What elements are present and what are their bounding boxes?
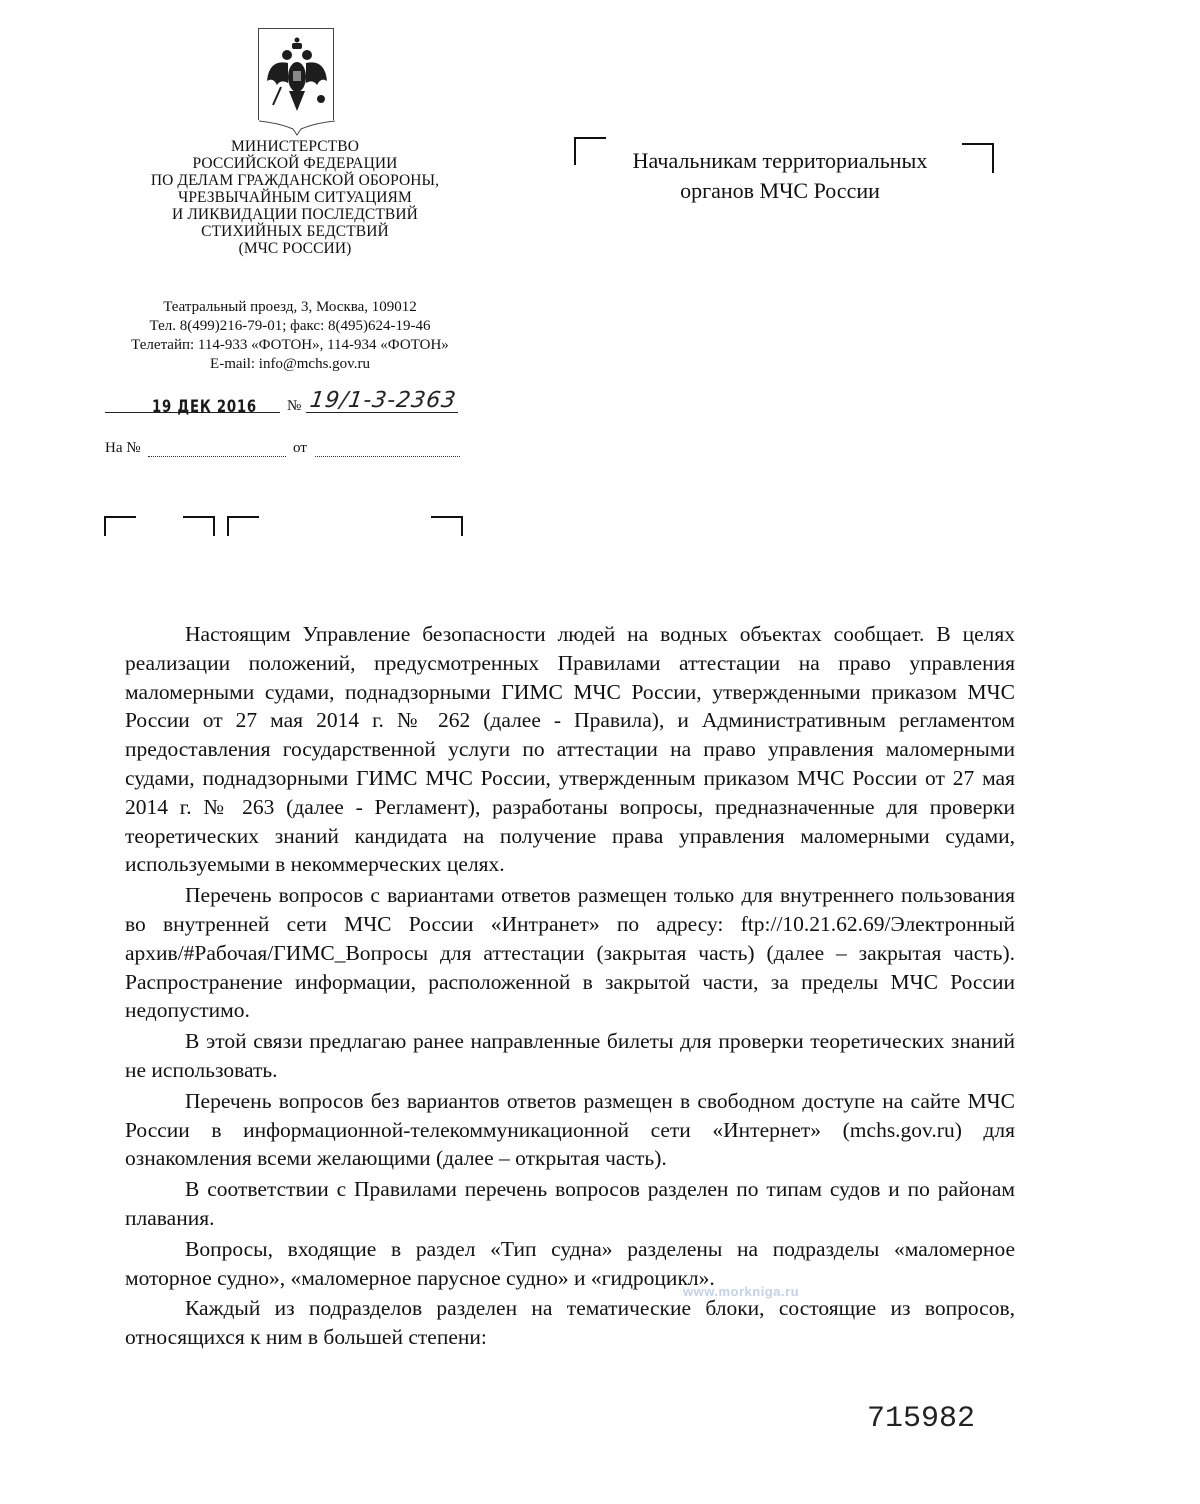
body-paragraph: Перечень вопросов без вариантов ответов … — [125, 1087, 1015, 1173]
from-label: от — [293, 440, 307, 457]
bracket-top-right — [431, 516, 463, 536]
serial-number: 715982 — [867, 1402, 975, 1436]
watermark: www.morkniga.ru — [683, 1284, 799, 1299]
double-headed-eagle-icon — [259, 29, 335, 141]
body-paragraph: Каждый из подразделов разделен на темати… — [125, 1294, 1015, 1352]
bracket-top-left — [227, 516, 259, 536]
ministry-line: (МЧС РОССИИ) — [110, 240, 480, 257]
addressee-line: органов МЧС России — [600, 176, 960, 206]
ministry-contacts: Театральный проезд, 3, Москва, 109012 Те… — [95, 298, 485, 374]
reply-to-field — [148, 442, 286, 457]
date-stamp: 19 ДЕК 2016 — [152, 397, 257, 417]
body-paragraph: Перечень вопросов с вариантами ответов р… — [125, 881, 1015, 1025]
bracket-top-left — [104, 516, 136, 536]
ministry-line: И ЛИКВИДАЦИИ ПОСЛЕДСТВИЙ — [110, 206, 480, 223]
letter-body: Настоящим Управление безопасности людей … — [125, 620, 1015, 1352]
number-label: № — [287, 398, 301, 415]
ministry-line: ЧРЕЗВЫЧАЙНЫМ СИТУАЦИЯМ — [110, 189, 480, 206]
address: Театральный проезд, 3, Москва, 109012 — [95, 298, 485, 317]
body-paragraph: Настоящим Управление безопасности людей … — [125, 620, 1015, 879]
addressee-bracket-right — [962, 143, 994, 173]
bracket-top-right — [183, 516, 215, 536]
coat-of-arms-emblem — [258, 28, 334, 120]
teletype: Телетайп: 114-933 «ФОТОН», 114-934 «ФОТО… — [95, 336, 485, 355]
email: E-mail: info@mchs.gov.ru — [95, 355, 485, 374]
outgoing-number: 19/1-3-2363 — [308, 388, 458, 413]
from-date-field — [315, 442, 460, 457]
addressee: Начальникам территориальных органов МЧС … — [600, 146, 960, 206]
ministry-line: ПО ДЕЛАМ ГРАЖДАНСКОЙ ОБОРОНЫ, — [110, 172, 480, 189]
ministry-name: МИНИСТЕРСТВО РОССИЙСКОЙ ФЕДЕРАЦИИ ПО ДЕЛ… — [110, 138, 480, 257]
ministry-line: МИНИСТЕРСТВО — [110, 138, 480, 155]
ministry-line: РОССИЙСКОЙ ФЕДЕРАЦИИ — [110, 155, 480, 172]
body-paragraph: В соответствии с Правилами перечень вопр… — [125, 1175, 1015, 1233]
addressee-line: Начальникам территориальных — [600, 146, 960, 176]
reply-to-label: На № — [105, 440, 141, 457]
body-paragraph: Вопросы, входящие в раздел «Тип судна» р… — [125, 1235, 1015, 1293]
body-paragraph: В этой связи предлагаю ранее направленны… — [125, 1027, 1015, 1085]
ministry-line: СТИХИЙНЫХ БЕДСТВИЙ — [110, 223, 480, 240]
phone-fax: Тел. 8(499)216-79-01; факс: 8(495)624-19… — [95, 317, 485, 336]
